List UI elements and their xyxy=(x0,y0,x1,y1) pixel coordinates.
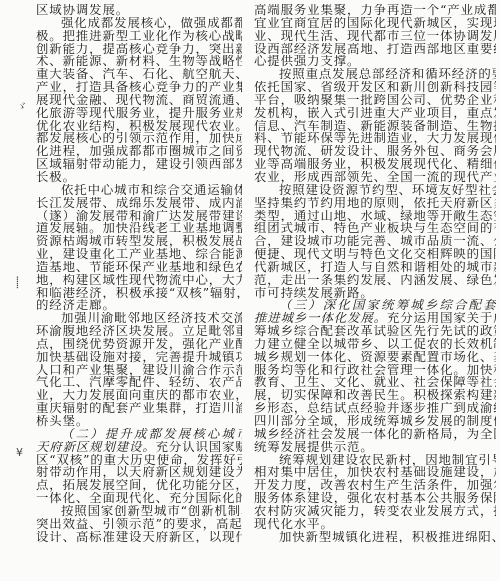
text-line: 地，构建区域性现代物流中心，大力发展通道经济 xyxy=(36,274,242,287)
section-heading: （二）提升成都发展核心城市功能，加快推进 xyxy=(36,428,242,441)
text-line: 组团式城市、特色产业板块与生态空间的有机融 xyxy=(254,222,496,235)
text-line: 极。把推进新型工业化作为核心战略，加强自主 xyxy=(36,30,242,43)
text-line: 相对集中居住，加快农村基础设施建设，加大扶贫 xyxy=(254,466,496,479)
text-line: 宜业宜商宜居的国际化现代新城区，实现现代产 xyxy=(254,17,496,30)
text-line: 平台，吸纳聚集一批跨国公司、优势企业和创新研 xyxy=(254,94,496,107)
text-line: 优化农业结构，积极发展现代农业。充分发挥成 xyxy=(36,120,242,133)
text-line: 开发力度，改善农村生产生活条件，加强农村公共 xyxy=(254,479,496,492)
text-line: 人口和产业集聚，建设川渝合作示范区。壮大油 xyxy=(36,364,242,377)
text-line: 化进程，加强成都都市圈城市之间资源整合，增强 xyxy=(36,145,242,158)
text-line: 农村防灾减灾能力，转变农业发展方式，提高农业 xyxy=(254,505,496,518)
text-line: 气化工、汽摩零配件、轻纺、农产品加工等重点产 xyxy=(36,376,242,389)
text-line: 业、现代生活、现代都市三位一体协调发展，为建 xyxy=(254,30,496,43)
text-line: 重庆辐射的配套产业集群，打造川渝经济合作的 xyxy=(36,402,242,415)
text-line: 代新城区，打造人与自然和谐相处的城市新区典 xyxy=(254,261,496,274)
text-line: 资源枯竭城市转型发展，积极发展战略性新兴产 xyxy=(36,235,242,248)
text-line: 桥头堡。 xyxy=(36,415,242,428)
text-line: 乡形态，总结试点经验并逐步推广到成渝经济区 xyxy=(254,402,496,415)
text-line: 设西部经济发展高地、打造西部地区重要经济中 xyxy=(254,43,496,56)
text-line: 类型，通过山地、水域、绿地等开敞生态空间，促进 xyxy=(254,210,496,223)
text-line: 依托国家、省级开发区和新川创新科技园等重要 xyxy=(254,81,496,94)
text-line: 便捷、现代文明与特色文化交相辉映的国际化现 xyxy=(254,248,496,261)
text-line: 按照国家创新型城市“创新机制、聚集资源、 xyxy=(36,505,242,518)
text-line: 发机构，嵌入式引进重大产业项目，重点发展电子 xyxy=(254,107,496,120)
body-text: 充分认识国家赋予成渝经济 xyxy=(156,441,242,454)
text-line: 市可持续发展新路。 xyxy=(254,287,496,300)
text-line: 加快基础设施对接，完善提升城镇功能，积极引导 xyxy=(36,351,242,364)
text-line: 区“双核”的重大历史使命，发挥好引领示范和辐 xyxy=(36,454,242,467)
text-line: 教育、卫生、文化、就业、社会保障等社会事业发 xyxy=(254,376,496,389)
text-line: 坚持集约节约用地的原则，依托天府新区多地貌 xyxy=(254,197,496,210)
text-line: 筹城乡综合配套改革试验区先行先试的政策，着 xyxy=(254,325,496,338)
text-line: 高端服务业集聚，力争再造一个“产业成都”，建成 xyxy=(254,4,496,17)
text-line: 服务体系建设，强化农村基本公共服务保障，增强 xyxy=(254,492,496,505)
text-line: 强化成都发展核心，做强成都都市圈增长 xyxy=(36,17,242,30)
text-line: 突出效益、引领示范”的要求，高起点规划、高品质 xyxy=(36,518,242,531)
text-line: 天府新区规划建设。充分认识国家赋予成渝经济 xyxy=(36,441,242,454)
text-line: 展，切实保障和改善民生。积极探索构建新型城 xyxy=(254,389,496,402)
text-line: 加强川渝毗邻地区经济技术交流合作，促进 xyxy=(36,312,242,325)
margin-annotation: ¥ xyxy=(16,446,23,459)
text-line: 业等高端服务业，积极发展现代化、精细化的都市 xyxy=(254,158,496,171)
section-heading: 天府新区规划建设。 xyxy=(36,441,156,454)
margin-annotation: ⸽ xyxy=(16,275,19,290)
document-page: 区域协调发展。强化成都发展核心，做强成都都市圈增长极。把推进新型工业化作为核心战… xyxy=(0,0,500,581)
text-line: 点，拓展发展空间，优化功能分区，加快建设城乡 xyxy=(36,479,242,492)
body-text: 充分运用国家关于成渝统 xyxy=(387,312,496,325)
text-line: 环渝腹地经济区块发展。立足毗邻重庆的区位特 xyxy=(36,325,242,338)
text-line: 料、节能环保等先进制造业，大力发展现代金融、 xyxy=(254,132,496,145)
text-line: 造基地、节能环保产业基地和绿色农产品加工基 xyxy=(36,261,242,274)
text-line: 统筹发展提供示范。 xyxy=(254,441,496,454)
margin-annotation: ゞ xyxy=(16,98,27,114)
text-line: 现代化水平。 xyxy=(254,518,496,531)
text-line: 合，建设城市功能完善、城市品质一流、公共交通 xyxy=(254,235,496,248)
text-line: 都发展核心的引领示范作用，加快成德绵乐同城 xyxy=(36,132,242,145)
text-line: 创新能力，提高核心竞争力，突出新一代信息技 xyxy=(36,43,242,56)
section-heading: 推进城乡一体化发展。 xyxy=(254,312,387,325)
text-line: 长江发展带、成绵乐发展带、成内渝发展带、成南 xyxy=(36,197,242,210)
text-line: 点，围绕优势资源开发，强化产业配套协作，全面 xyxy=(36,338,242,351)
text-line: 城乡经济社会发展一体化的新格局，为全国城乡 xyxy=(254,428,496,441)
text-line: （遂）渝发展带和渝广达发展带建设，壮大成渝通 xyxy=(36,210,242,223)
right-text-column: 高端服务业集聚，力争再造一个“产业成都”，建成宜业宜商宜居的国际化现代新城区，实… xyxy=(254,4,496,543)
text-line: 心提供强力支撑。 xyxy=(254,55,496,68)
text-line: 一体化、全面现代化、充分国际化的大都市。 xyxy=(36,492,242,505)
text-line: 重大装备、汽车、石化、航空航天、现代中药等优势 xyxy=(36,68,242,81)
text-line: 按照建设资源节约型、环境友好型社会要求， xyxy=(254,184,496,197)
text-line: 射带动作用，以天府新区规划建设为载体和着力 xyxy=(36,466,242,479)
text-line: 展现代金融、现代物流、商贸流通、高技术服务、文 xyxy=(36,94,242,107)
text-line: 产业，打造具备核心竞争力的产业集群。加快发 xyxy=(36,81,242,94)
text-line: 的经济走廊。 xyxy=(36,299,242,312)
text-line: 化旅游等现代服务业，提升服务业规模和层次。 xyxy=(36,107,242,120)
text-line: 加快新型城镇化进程，积极推进绵阳、德阳、 xyxy=(254,531,496,544)
text-line: 业，大力发展面向重庆的都市农业，努力形成承接 xyxy=(36,389,242,402)
text-line: 农业，形成西部领先、全国一流的现代产业集群。 xyxy=(254,171,496,184)
text-line: 信息、汽车制造、新能源装备制造、生物技术、新材 xyxy=(254,120,496,133)
text-line: 按照重点发展总部经济和循环经济的要求， xyxy=(254,68,496,81)
text-line: 设计、高标准建设天府新区，以现代制造业为主、 xyxy=(36,531,242,544)
text-line: 力建立健全以城带乡、以工促农的长效机制，推进 xyxy=(254,338,496,351)
text-line: 业，建设重化工产业基地、综合能源基地、机械制 xyxy=(36,248,242,261)
text-line: 和临港经济，积极承接“双核”辐射，建成西部重要 xyxy=(36,287,242,300)
text-line: 统筹规划建设农民新村，因地制宜引导村民 xyxy=(254,454,496,467)
text-line: 四川部分全域，形成统筹城乡发展的制度体系和 xyxy=(254,415,496,428)
left-text-column: 区域协调发展。强化成都发展核心，做强成都都市圈增长极。把推进新型工业化作为核心战… xyxy=(36,4,242,543)
text-line: 道发展轴。加快沿线老工业基地调整改造，推动 xyxy=(36,222,242,235)
text-line: 城乡规划一体化、资源要素配置市场化、基本公共 xyxy=(254,351,496,364)
text-line: 服务均等化和行政社会管理一体化。加快科技和 xyxy=(254,364,496,377)
section-heading: （三）深化国家统筹城乡综合配套改革，大力 xyxy=(254,299,496,312)
text-line: 推进城乡一体化发展。充分运用国家关于成渝统 xyxy=(254,312,496,325)
text-line: 长极。 xyxy=(36,171,242,184)
text-line: 术、新能源、新材料、生物等战略性新兴产业，抓好 xyxy=(36,55,242,68)
text-line: 区域辐射带动能力，建设引领西部发展的核心增 xyxy=(36,158,242,171)
text-line: 现代物流、研发设计、服务外包、商务会展、文化产 xyxy=(254,145,496,158)
text-line: 区域协调发展。 xyxy=(36,4,242,17)
text-line: 范，走出一条集约发展、内涵发展、绿色发展的城 xyxy=(254,274,496,287)
text-line: 依托中心城市和综合交通运输体系，加快沿 xyxy=(36,184,242,197)
